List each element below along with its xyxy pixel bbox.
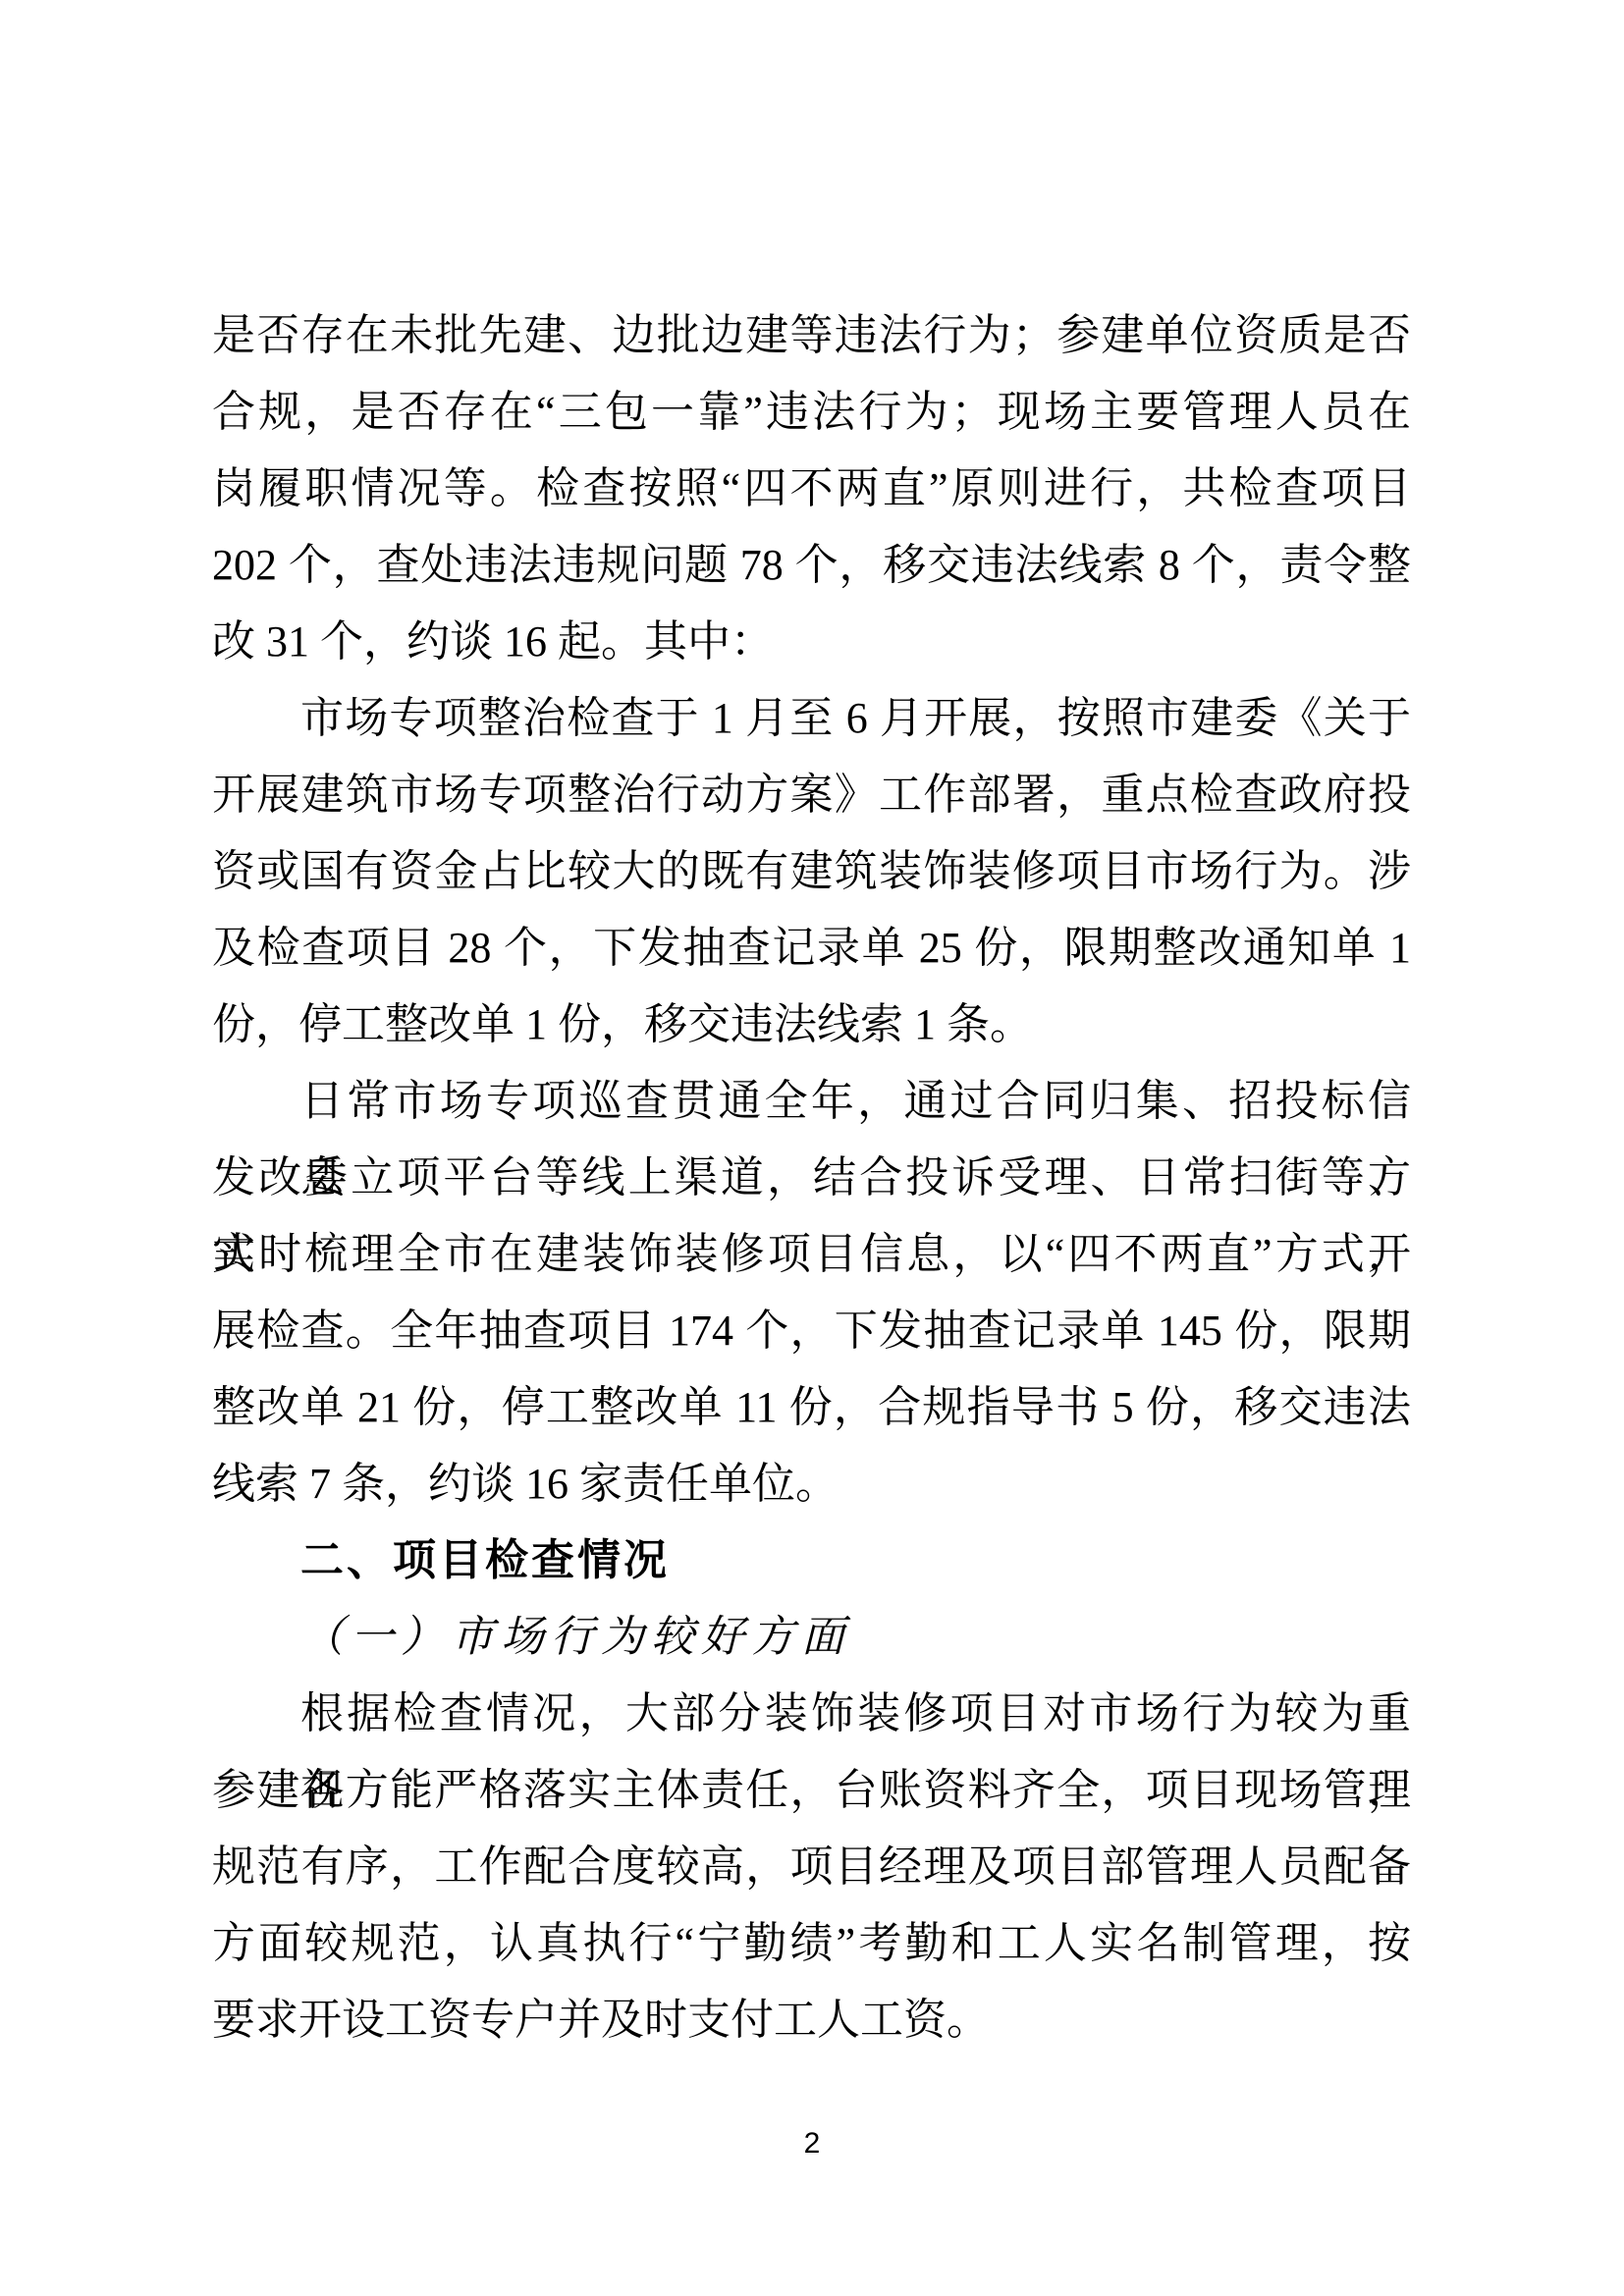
text-line: 展检查。全年抽查项目 174 个，下发抽查记录单 145 份，限期 (212, 1293, 1411, 1369)
document-body: 是否存在未批先建、边批边建等违法行为；参建单位资质是否合规，是否存在“三包一靠”… (212, 297, 1411, 2058)
text-line: 资或国有资金占比较大的既有建筑装饰装修项目市场行为。涉 (212, 833, 1411, 910)
text-line: 日常市场专项巡查贯通全年，通过合同归集、招投标信息、 (212, 1063, 1411, 1140)
text-line: 规范有序，工作配合度较高，项目经理及项目部管理人员配备 (212, 1829, 1411, 1905)
text-line: 合规，是否存在“三包一靠”违法行为；现场主要管理人员在 (212, 374, 1411, 451)
text-line: 开展建筑市场专项整治行动方案》工作部署，重点检查政府投 (212, 757, 1411, 833)
text-line: 份，停工整改单 1 份，移交违法线索 1 条。 (212, 987, 1411, 1063)
text-line: 整改单 21 份，停工整改单 11 份，合规指导书 5 份，移交违法 (212, 1369, 1411, 1446)
text-line: 改 31 个，约谈 16 起。其中： (212, 604, 1411, 680)
text-line: 根据检查情况，大部分装饰装修项目对市场行为较为重视， (212, 1676, 1411, 1752)
text-line: 岗履职情况等。检查按照“四不两直”原则进行，共检查项目 (212, 451, 1411, 527)
text-line: 线索 7 条，约谈 16 家责任单位。 (212, 1446, 1411, 1522)
subsection-heading: （一）市场行为较好方面 (212, 1599, 1411, 1676)
text-line: 发改委立项平台等线上渠道，结合投诉受理、日常扫街等方式， (212, 1140, 1411, 1216)
text-line: 市场专项整治检查于 1 月至 6 月开展，按照市建委《关于 (212, 680, 1411, 757)
text-line: 方面较规范，认真执行“宁勤绩”考勤和工人实名制管理，按 (212, 1905, 1411, 1982)
page-number: 2 (804, 2127, 821, 2160)
text-line: 实时梳理全市在建装饰装修项目信息，以“四不两直”方式开 (212, 1216, 1411, 1293)
page-footer: 2 (0, 2126, 1624, 2162)
text-line: 参建各方能严格落实主体责任，台账资料齐全，项目现场管理 (212, 1752, 1411, 1829)
section-heading: 二、项目检查情况 (212, 1522, 1411, 1599)
text-line: 202 个，查处违法违规问题 78 个，移交违法线索 8 个，责令整 (212, 527, 1411, 604)
text-line: 及检查项目 28 个，下发抽查记录单 25 份，限期整改通知单 1 (212, 910, 1411, 987)
text-line: 要求开设工资专户并及时支付工人工资。 (212, 1982, 1411, 2058)
text-line: 是否存在未批先建、边批边建等违法行为；参建单位资质是否 (212, 297, 1411, 374)
document-page: 是否存在未批先建、边批边建等违法行为；参建单位资质是否合规，是否存在“三包一靠”… (0, 0, 1624, 2296)
